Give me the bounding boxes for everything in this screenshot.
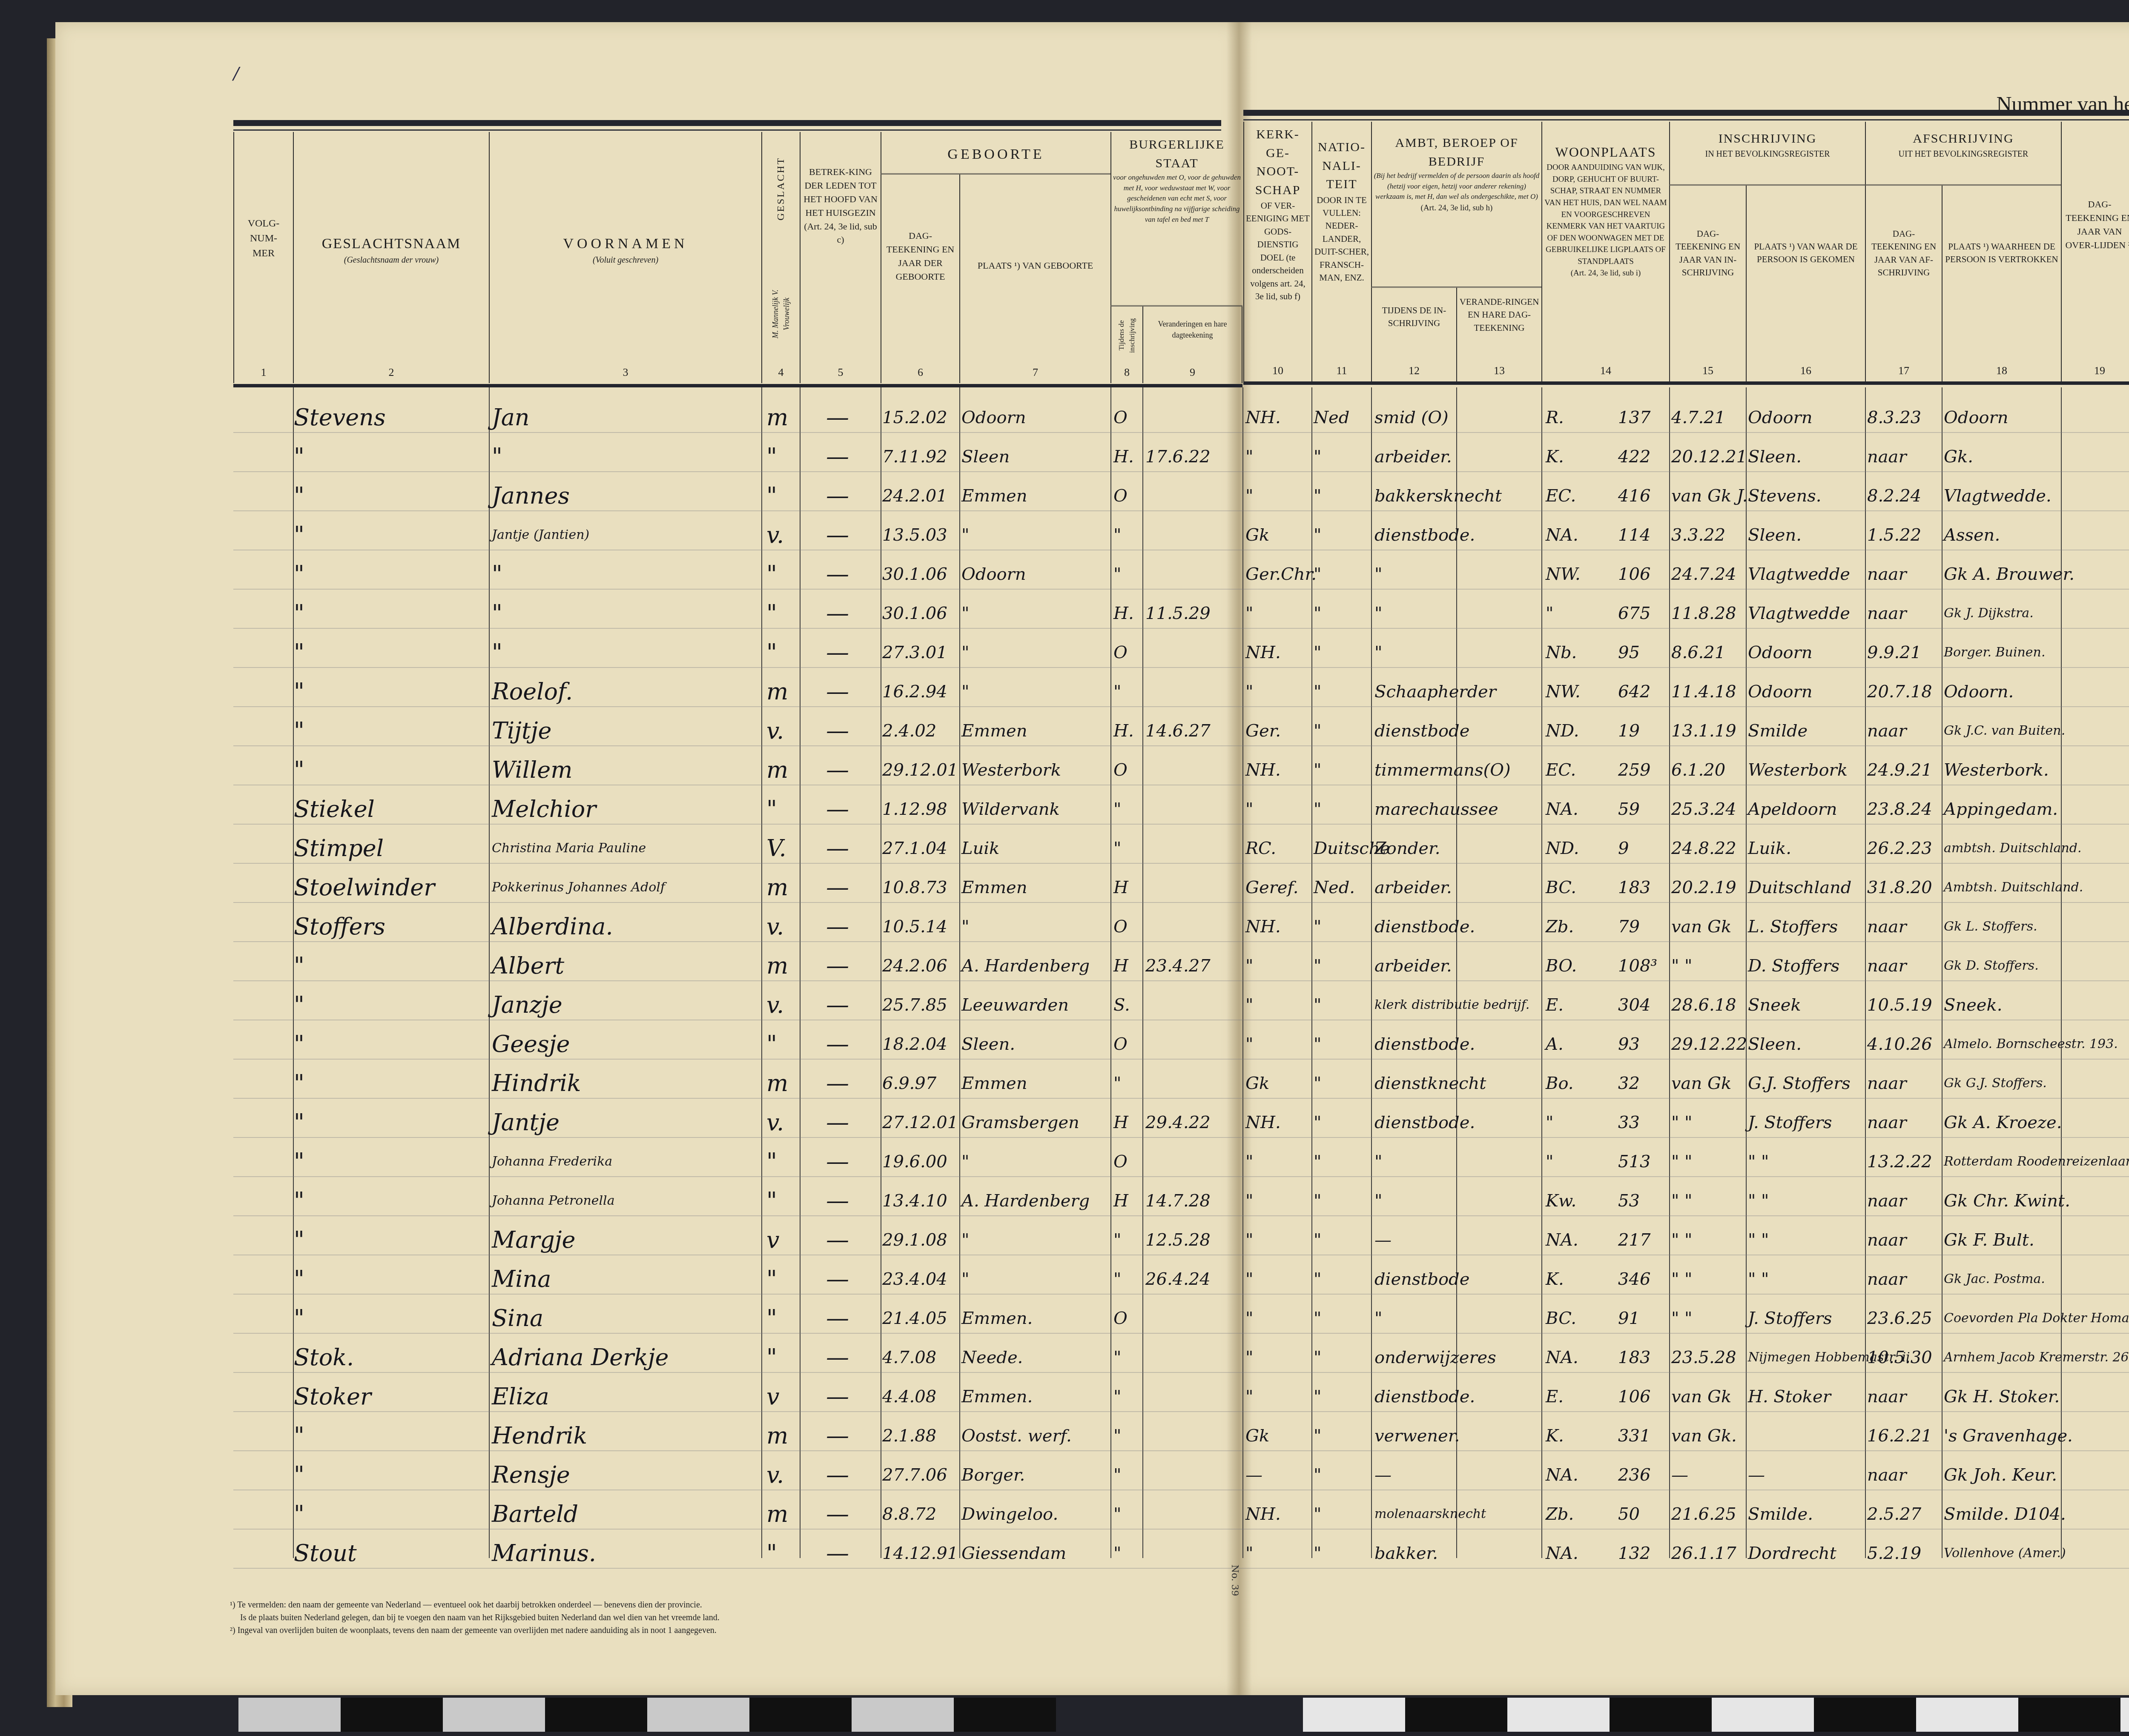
occupation: dienstbode. [1374,907,1475,946]
afschrijving-to: Gk Jac. Postma. [1944,1260,2045,1299]
religion: Gk [1245,1416,1269,1455]
afschrijving-to: Odoorn [1944,398,2008,437]
column-number: 13 [1457,363,1541,379]
footnote-2: ²) Ingeval van overlijden buiten de woon… [230,1624,1252,1637]
row-ruling [233,1294,2129,1295]
afschrijving-date: 16.2.21 [1867,1416,1932,1455]
birth-place: " [961,672,969,711]
house-number: 106 [1618,555,1650,594]
relation: — [826,1455,849,1495]
sex: " [766,437,777,476]
birth-place: " [961,516,969,555]
first-names: Tijtje [492,711,551,751]
afschrijving-date: 10.5.19 [1867,985,1932,1025]
register-row: " Hindrik m — 6.9.97 Emmen " Gk " dienst… [0,1064,2129,1103]
row-ruling [233,1020,2129,1020]
header-label: Veranderingen en hare dagteekening [1145,318,1240,341]
surname: " [294,633,304,672]
inschrijving-date: 8.6.21 [1671,633,1725,672]
civil-status-change: 17.6.22 [1145,437,1211,476]
register-row: Stok. Adriana Derkje " — 4.7.08 Neede. "… [0,1338,2129,1377]
register-row: " Albert m — 24.2.06 A. Hardenberg H 23.… [0,946,2129,985]
first-names: Margje [492,1220,576,1260]
surname: " [294,1299,304,1338]
civil-status: O [1113,633,1128,672]
inschrijving-from: Stevens. [1748,476,1821,516]
inschrijving-from: Apeldoorn [1748,790,1837,829]
relation: — [826,594,849,633]
register-row: " Jantje (Jantien) v. — 13.5.03 " " Gk "… [0,516,2129,555]
afschrijving-to: Vollenhove (Amer.) [1944,1534,2066,1573]
ward: EC. [1546,476,1576,516]
inschrijving-date: 20.12.21 [1671,437,1747,476]
relation: — [826,946,849,985]
column-number: 15 [1670,363,1746,379]
house-number: 59 [1618,790,1640,829]
afschrijving-to: Appingedam. [1944,790,2058,829]
inschrijving-from: L. Stoffers [1748,907,1838,946]
row-ruling [233,1176,2129,1177]
civil-status: " [1113,516,1121,555]
ward: E. [1546,985,1564,1025]
register-row: " Johanna Frederika " — 19.6.00 " O " " … [0,1142,2129,1181]
register-row: " " " — 30.1.06 Odoorn " Ger.Chr. " " NW… [0,555,2129,594]
birth-place: Sleen [961,437,1010,476]
ward: BC. [1546,1299,1576,1338]
religion: Ger. [1245,711,1281,751]
afschrijving-date: naar [1867,1220,1907,1260]
sex: m [766,946,788,985]
occupation: arbeider. [1374,946,1452,985]
birth-place: Emmen [961,711,1027,751]
nationality: " [1314,711,1321,751]
nationality: " [1314,1534,1321,1573]
inschrijving-date: 25.3.24 [1671,790,1736,829]
religion: " [1245,1377,1253,1416]
header-col-9: Veranderingen en hare dagteekening 9 [1142,307,1242,383]
register-row: " Hendrik m — 2.1.88 Oostst. werf. " Gk … [0,1416,2129,1455]
relation: — [826,1534,849,1573]
ward: ND. [1546,829,1579,868]
surname: " [294,594,304,633]
header-sublabel: OF VER-EENIGING MET GODS-DIENSTIG DOEL (… [1246,199,1310,303]
religion: NH. [1245,398,1281,437]
civil-status: O [1113,398,1128,437]
birth-place: Odoorn [961,398,1026,437]
ward: " [1546,1103,1553,1142]
house-number: 19 [1618,711,1640,751]
occupation: " [1374,633,1382,672]
birth-place: Oostst. werf. [961,1416,1072,1455]
surname: Stout [294,1534,357,1573]
civil-status: " [1113,1338,1121,1377]
birth-place: Wildervank [961,790,1060,829]
first-names: " [492,437,502,476]
register-row: " Geesje " — 18.2.04 Sleen. O " " dienst… [0,1025,2129,1064]
inschrijving-from: Odoorn [1748,398,1812,437]
afschrijving-date: naar [1867,594,1907,633]
civil-status-change: 12.5.28 [1145,1220,1211,1260]
ward: BO. [1546,946,1577,985]
header-group-ambt: AMBT, BEROEP OF BEDRIJF (Bij het bedrijf… [1371,122,1541,288]
afschrijving-date: naar [1867,1455,1907,1495]
header-label: WOONPLAATS [1544,142,1667,162]
inschrijving-from: Dordrecht [1748,1534,1836,1573]
relation: — [826,1495,849,1534]
occupation: dienstbode [1374,1260,1469,1299]
inschrijving-date: 11.4.18 [1671,672,1736,711]
surname: Stoker [294,1377,371,1416]
sex: " [766,1260,777,1299]
nationality: Ned. [1314,868,1355,907]
afschrijving-to: Almelo. Bornscheestr. 193. [1944,1025,2118,1064]
surname: " [294,985,304,1025]
birth-date: 10.5.14 [882,907,947,946]
header-label: GEBOORTE [883,144,1109,165]
nationality: " [1314,1103,1321,1142]
sex: v. [766,1455,784,1495]
nationality: " [1314,1416,1321,1455]
register-row: " Jannes " — 24.2.01 Emmen O " " bakkers… [0,476,2129,516]
sex: m [766,1416,788,1455]
header-col-2: GESLACHTSNAAM (Geslachtsnaam der vrouw) … [293,132,489,383]
afschrijving-date: 2.5.27 [1867,1495,1921,1534]
birth-date: 4.7.08 [882,1338,936,1377]
header-sublabel: (Geslachtsnaam der vrouw) [296,254,487,266]
occupation: arbeider. [1374,868,1452,907]
first-names: Roelof. [492,672,573,711]
occupation: dienstbode [1374,711,1469,751]
header-sublabel: (Bij het bedrijf vermelden of de persoon… [1374,171,1540,202]
birth-place: " [961,1220,969,1260]
birth-date: 29.12.01 [882,751,958,790]
birth-place: " [961,633,969,672]
relation: — [826,1181,849,1220]
inschrijving-from: Smilde [1748,711,1808,751]
afschrijving-to: Sneek. [1944,985,2002,1025]
birth-date: 27.1.04 [882,829,947,868]
birth-date: 27.3.01 [882,633,947,672]
birth-date: 10.8.73 [882,868,947,907]
civil-status-change: 14.7.28 [1145,1181,1211,1220]
afschrijving-date: naar [1867,711,1907,751]
house-number: 93 [1618,1025,1640,1064]
house-number: 9 [1618,829,1629,868]
ward: " [1546,1142,1553,1181]
afschrijving-date: 9.9.21 [1867,633,1921,672]
afschrijving-to: Gk J.C. van Buiten. [1944,711,2065,751]
inschrijving-from: " " [1748,1220,1769,1260]
row-ruling [233,432,2129,433]
civil-status: H. [1113,437,1134,476]
religion: Gk [1245,1064,1269,1103]
birth-date: 7.11.92 [882,437,947,476]
civil-status: H [1113,1103,1128,1142]
civil-status: H. [1113,594,1134,633]
afschrijving-date: 13.2.22 [1867,1142,1932,1181]
occupation: bakker. [1374,1534,1438,1573]
ward: NA. [1546,1534,1578,1573]
ward: EC. [1546,751,1576,790]
inschrijving-date: — [1671,1455,1688,1495]
civil-status: " [1113,672,1121,711]
afschrijving-to: Arnhem Jacob Kremerstr. 26. [1944,1338,2129,1377]
inschrijving-from: H. Stoker [1748,1377,1831,1416]
afschrijving-date: naar [1867,1103,1907,1142]
inschrijving-date: van Gk. [1671,1416,1737,1455]
column-number: 14 [1542,363,1669,379]
birth-date: 13.4.10 [882,1181,947,1220]
ward: NA. [1546,1455,1578,1495]
row-ruling [233,745,2129,746]
religion: " [1245,1260,1253,1299]
sex: " [766,476,777,516]
ward: A. [1546,1025,1564,1064]
nationality: " [1314,437,1321,476]
house-number: 33 [1618,1103,1640,1142]
ward: R. [1546,398,1564,437]
ward: Bo. [1546,1064,1574,1103]
afschrijving-date: 24.9.21 [1867,751,1932,790]
occupation: " [1374,1181,1382,1220]
inschrijving-date: 4.7.21 [1671,398,1725,437]
relation: — [826,711,849,751]
sex: " [766,790,777,829]
row-ruling [233,1372,2129,1373]
occupation: smid (O) [1374,398,1449,437]
birth-place: Giessendam [961,1534,1066,1573]
inschrijving-date: " " [1671,1260,1693,1299]
surname: " [294,1260,304,1299]
birth-date: 29.1.08 [882,1220,947,1260]
column-number: 8 [1111,364,1142,381]
civil-status: " [1113,1377,1121,1416]
inschrijving-date: 26.1.17 [1671,1534,1736,1573]
header-label: TIJDENS DE IN-SCHRIJVING [1374,304,1455,330]
occupation: dienstbode. [1374,516,1475,555]
civil-status: " [1113,790,1121,829]
inschrijving-date: 6.1.20 [1671,751,1725,790]
afschrijving-to: Gk D. Stoffers. [1944,946,2039,985]
header-label: VOORNAMEN [491,233,760,254]
header-sublabel: (Art. 24, 3e lid, sub i) [1544,267,1667,279]
inschrijving-date: 23.5.28 [1671,1338,1736,1377]
nationality: " [1314,1338,1321,1377]
header-sublabel: voor ongehuwden met O, voor de gehuwden … [1113,172,1241,225]
religion: " [1245,476,1253,516]
row-ruling [233,1490,2129,1490]
column-number: 18 [1942,363,2061,379]
ward: ND. [1546,711,1579,751]
religion: " [1245,1534,1253,1573]
house-number: 114 [1618,516,1650,555]
occupation: — [1374,1220,1392,1260]
top-rule-left-thin [233,129,1221,131]
sex: v. [766,711,784,751]
register-row: " Mina " — 23.4.04 " " 26.4.24 " " diens… [0,1260,2129,1299]
religion: NH. [1245,1495,1281,1534]
header-col-7: PLAATS ¹) VAN GEBOORTE 7 [959,175,1110,383]
column-number: 6 [881,364,959,381]
row-ruling [233,628,2129,629]
row-ruling [233,589,2129,590]
religion: " [1245,672,1253,711]
header-label: DAG-TEEKENING EN JAAR DER GEBOORTE [883,229,958,284]
relation: — [826,790,849,829]
birth-date: 30.1.06 [882,594,947,633]
sex: v. [766,516,784,555]
relation: — [826,633,849,672]
relation: — [826,1416,849,1455]
afschrijving-to: ambtsh. Duitschland. [1944,829,2081,868]
ward: Nb. [1546,633,1577,672]
relation: — [826,1338,849,1377]
birth-place: Leeuwarden [961,985,1069,1025]
inschrijving-from: J. Stoffers [1748,1103,1832,1142]
civil-status-change: 29.4.22 [1145,1103,1211,1142]
header-label: DAG-TEEKENING EN JAAR VAN IN-SCHRIJVING [1672,227,1744,279]
birth-date: 4.4.08 [882,1377,936,1416]
header-group-geboorte: GEBOORTE [881,132,1110,175]
inschrijving-from: Sleen. [1748,516,1802,555]
surname: " [294,1416,304,1455]
first-names: Pokkerinus Johannes Adolf [492,868,665,907]
afschrijving-to: Borger. Buinen. [1944,633,2045,672]
header-col-14: WOONPLAATS DOOR AANDUIDING VAN WIJK, DOR… [1541,122,1669,381]
afschrijving-to: Odoorn. [1944,672,2014,711]
first-names: Janzje [492,985,562,1025]
relation: — [826,1142,849,1181]
afschrijving-to: Ambtsh. Duitschland. [1944,868,2083,907]
surname: Stoelwinder [294,868,435,907]
afschrijving-date: naar [1867,1181,1907,1220]
house-number: 91 [1618,1299,1640,1338]
inschrijving-from: Odoorn [1748,672,1812,711]
nationality: " [1314,1181,1321,1220]
house-number: 304 [1618,985,1650,1025]
afschrijving-date: naar [1867,946,1907,985]
register-row: " Sina " — 21.4.05 Emmen. O " " " BC. 91… [0,1299,2129,1338]
inschrijving-from: Luik. [1748,829,1791,868]
occupation: Zonder. [1374,829,1440,868]
civil-status: S. [1113,985,1130,1025]
header-label: GESLACHT [774,148,789,229]
inschrijving-date: " " [1671,946,1693,985]
surname: " [294,672,304,711]
column-number: 17 [1866,363,1942,379]
sex: m [766,868,788,907]
register-row: " Roelof. m — 16.2.94 " " " " Schaapherd… [0,672,2129,711]
inschrijving-date: 24.8.22 [1671,829,1736,868]
sex: m [766,398,788,437]
inschrijving-from: Westerbork [1748,751,1848,790]
header-group-afschrijving: AFSCHRIJVING UIT HET BEVOLKINGSREGISTER [1865,122,2061,186]
header-col-11: NATIO-NALI-TEIT DOOR IN TE VULLEN: NEDER… [1311,122,1371,381]
header-label: DAG-TEEKENING EN JAAR VAN AF-SCHRIJVING [1868,227,1940,279]
religion: " [1245,1299,1253,1338]
birth-place: Odoorn [961,555,1026,594]
relation: — [826,476,849,516]
relation: — [826,516,849,555]
relation: — [826,1299,849,1338]
sex: m [766,672,788,711]
sex: " [766,633,777,672]
footnote-1-cont: Is de plaats buiten Nederland gelegen, d… [230,1611,1252,1624]
afschrijving-date: 20.7.18 [1867,672,1932,711]
house-number: 95 [1618,633,1640,672]
sex: V. [766,829,786,868]
birth-date: 30.1.06 [882,555,947,594]
afschrijving-date: 23.6.25 [1867,1299,1932,1338]
column-number: 12 [1372,363,1456,379]
row-ruling [233,1137,2129,1138]
sex: v [766,1377,780,1416]
occupation: dienstbode. [1374,1025,1475,1064]
surname: " [294,516,304,555]
ward: NA. [1546,1338,1578,1377]
row-ruling [233,1098,2129,1099]
inschrijving-date: 29.12.22 [1671,1025,1747,1064]
inschrijving-date: 21.6.25 [1671,1495,1736,1534]
header-col-3: VOORNAMEN (Voluit geschreven) 3 [489,132,761,383]
register-row: Stoffers Alberdina. v. — 10.5.14 " O NH.… [0,907,2129,946]
afschrijving-to: Coevorden Pla Dokter Homan. [1944,1299,2129,1338]
nationality: " [1314,907,1321,946]
first-names: " [492,594,502,633]
header-col-13: VERANDE-RINGEN EN HARE DAG-TEEKENING 13 [1456,288,1541,381]
civil-status: H [1113,1181,1128,1220]
register-row: " " " — 30.1.06 " H. 11.5.29 " " " " 675… [0,594,2129,633]
relation: — [826,555,849,594]
sex: " [766,1181,777,1220]
inschrijving-date: 28.6.18 [1671,985,1736,1025]
nationality: " [1314,476,1321,516]
surname: " [294,1455,304,1495]
afschrijving-to: 's Gravenhage. [1944,1416,2073,1455]
first-names: Jantje (Jantien) [492,516,589,555]
column-number: 5 [801,364,881,381]
ward: " [1546,594,1553,633]
row-ruling [233,510,2129,511]
afschrijving-date: naar [1867,1260,1907,1299]
inschrijving-date: van Gk J. [1671,476,1747,516]
nationality: " [1314,672,1321,711]
first-names: Johanna Frederika [492,1142,612,1181]
house-number: 416 [1618,476,1650,516]
ward: K. [1546,437,1564,476]
column-number: 16 [1747,363,1865,379]
register-row: " Johanna Petronella " — 13.4.10 A. Hard… [0,1181,2129,1220]
religion: " [1245,594,1253,633]
nationality: " [1314,1142,1321,1181]
relation: — [826,1220,849,1260]
afschrijving-date: 5.2.19 [1867,1534,1921,1573]
religion: NH. [1245,751,1281,790]
afschrijving-to: Gk H. Stoker. [1944,1377,2060,1416]
birth-date: 14.12.91 [882,1534,958,1573]
civil-status: " [1113,1260,1121,1299]
religion: " [1245,1338,1253,1377]
header-col-17: DAG-TEEKENING EN JAAR VAN AF-SCHRIJVING … [1865,186,1942,381]
house-number: 79 [1618,907,1640,946]
birth-place: Sleen. [961,1025,1015,1064]
ward: Zb. [1546,907,1574,946]
register-row: " " " — 7.11.92 Sleen H. 17.6.22 " " arb… [0,437,2129,476]
column-number: 10 [1244,363,1311,379]
afschrijving-to: Smilde. D104. [1944,1495,2066,1534]
surname: " [294,1064,304,1103]
religion: " [1245,985,1253,1025]
